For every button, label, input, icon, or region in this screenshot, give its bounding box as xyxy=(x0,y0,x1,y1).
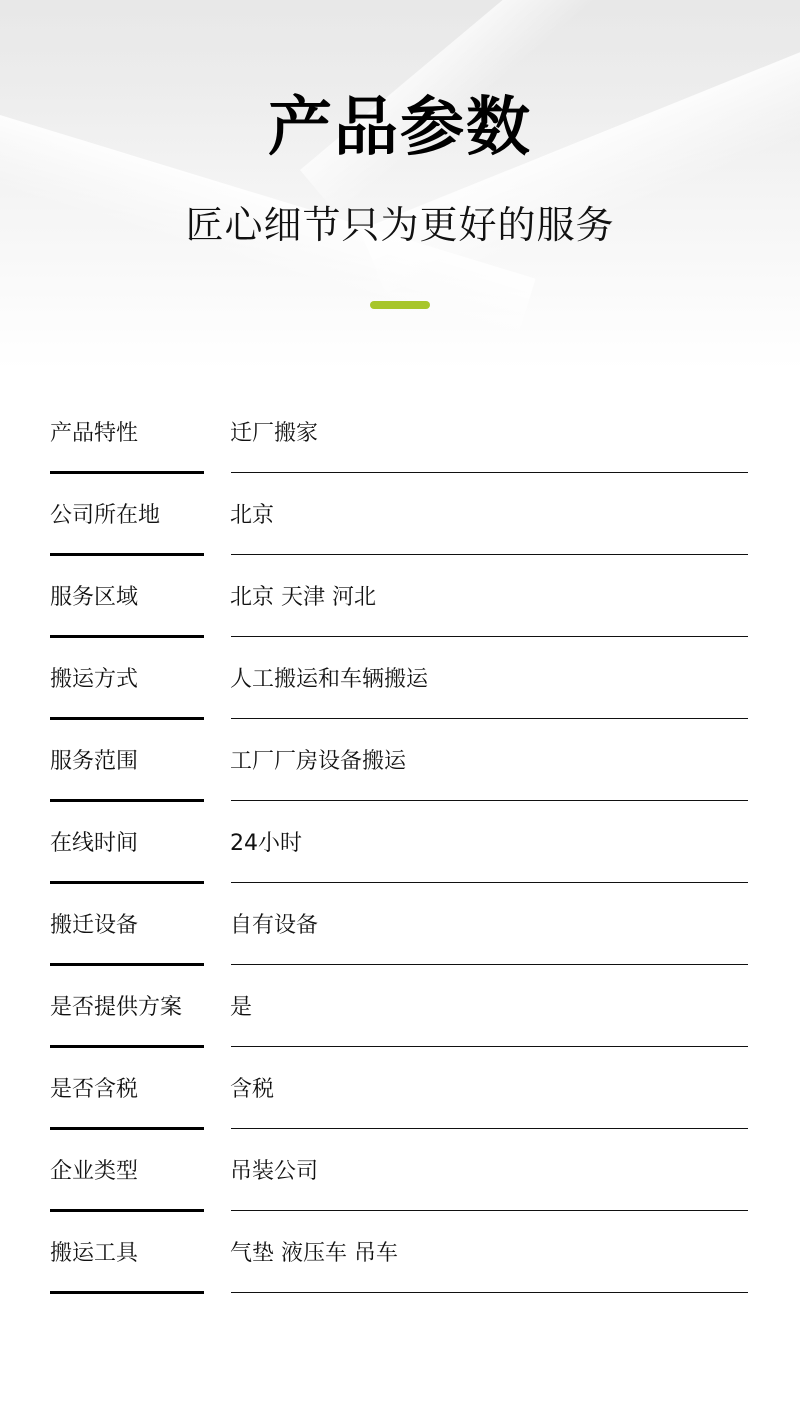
param-value: 人工搬运和车辆搬运 xyxy=(230,665,428,695)
param-value: 吊装公司 xyxy=(230,1157,318,1187)
param-value: 是 xyxy=(230,993,252,1023)
param-label: 是否提供方案 xyxy=(50,993,182,1023)
param-label: 产品特性 xyxy=(50,419,138,449)
param-row: 搬运方式 人工搬运和车辆搬运 xyxy=(0,636,800,718)
param-value: 工厂厂房设备搬运 xyxy=(230,747,406,777)
accent-divider xyxy=(370,301,430,309)
param-value: 迁厂搬家 xyxy=(230,419,318,449)
value-underline xyxy=(231,1292,748,1293)
param-label: 搬迁设备 xyxy=(50,911,138,941)
page-title: 产品参数 xyxy=(0,88,800,168)
param-row: 企业类型 吊装公司 xyxy=(0,1128,800,1210)
param-row: 服务区域 北京 天津 河北 xyxy=(0,554,800,636)
param-row: 在线时间 24小时 xyxy=(0,800,800,882)
param-label: 在线时间 xyxy=(50,829,138,859)
param-value: 北京 xyxy=(230,501,274,531)
header-banner: 产品参数 匠心细节只为更好的服务 xyxy=(0,0,800,370)
param-row: 服务范围 工厂厂房设备搬运 xyxy=(0,718,800,800)
page-subtitle: 匠心细节只为更好的服务 xyxy=(0,200,800,250)
param-value: 24小时 xyxy=(230,829,302,859)
param-row: 是否提供方案 是 xyxy=(0,964,800,1046)
param-row: 公司所在地 北京 xyxy=(0,472,800,554)
param-value: 北京 天津 河北 xyxy=(230,583,376,613)
param-label: 是否含税 xyxy=(50,1075,138,1105)
param-row: 产品特性 迁厂搬家 xyxy=(0,390,800,472)
param-label: 公司所在地 xyxy=(50,501,160,531)
param-value: 气垫 液压车 吊车 xyxy=(230,1239,398,1269)
param-label: 搬运方式 xyxy=(50,665,138,695)
param-label: 服务区域 xyxy=(50,583,138,613)
param-label: 企业类型 xyxy=(50,1157,138,1187)
param-label: 搬运工具 xyxy=(50,1239,138,1269)
label-underline xyxy=(50,1291,204,1294)
param-value: 含税 xyxy=(230,1075,274,1105)
param-label: 服务范围 xyxy=(50,747,138,777)
param-value: 自有设备 xyxy=(230,911,318,941)
param-row: 搬运工具 气垫 液压车 吊车 xyxy=(0,1210,800,1292)
param-row: 是否含税 含税 xyxy=(0,1046,800,1128)
param-row: 搬迁设备 自有设备 xyxy=(0,882,800,964)
